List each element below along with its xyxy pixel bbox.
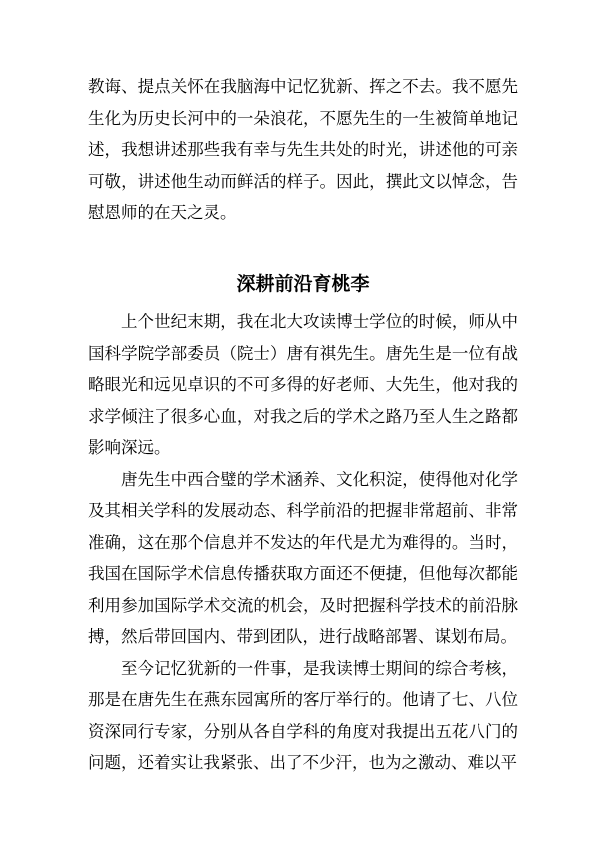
paragraph: 至今记忆犹新的一件事，是我读博士期间的综合考核，那是在唐先生在燕东园寓所的客厅举… [88,654,518,780]
paragraph: 上个世纪末期，我在北大攻读博士学位的时候，师从中国科学院学部委员（院士）唐有祺先… [88,307,518,465]
document-page: 教诲、提点关怀在我脑海中记忆犹新、挥之不去。我不愿先生化为历史长河中的一朵浪花，… [0,0,599,847]
continuation-paragraph: 教诲、提点关怀在我脑海中记忆犹新、挥之不去。我不愿先生化为历史长河中的一朵浪花，… [88,72,518,230]
section-heading: 深耕前沿育桃李 [88,269,518,301]
paragraph: 唐先生中西合璧的学术涵养、文化积淀，使得他对化学及其相关学科的发展动态、科学前沿… [88,465,518,654]
